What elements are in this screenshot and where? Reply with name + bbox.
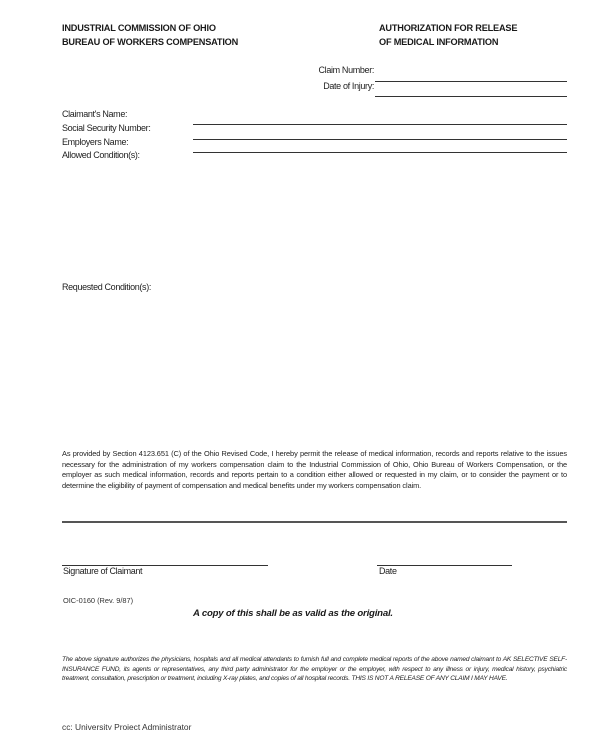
- employer-name-field[interactable]: [193, 152, 567, 153]
- requested-conditions-area[interactable]: [62, 297, 567, 437]
- date-of-injury-label: Date of Injury:: [323, 81, 374, 91]
- footer-authorization-text: The above signature authorizes the physi…: [62, 655, 567, 684]
- agency-title: INDUSTRIAL COMMISSION OF OHIO BUREAU OF …: [62, 21, 238, 49]
- agency-title-line2: BUREAU OF WORKERS COMPENSATION: [62, 35, 238, 49]
- employer-name-label: Employers Name:: [62, 137, 128, 147]
- allowed-conditions-label: Allowed Condition(s):: [62, 150, 140, 160]
- signature-label: Signature of Claimant: [63, 566, 142, 576]
- allowed-conditions-area[interactable]: [62, 165, 567, 275]
- claim-number-label: Claim Number:: [319, 65, 374, 75]
- date-label: Date: [379, 566, 397, 576]
- ssn-field[interactable]: [193, 139, 567, 140]
- requested-conditions-label: Requested Condition(s):: [62, 282, 151, 292]
- claim-number-field[interactable]: [375, 81, 567, 82]
- form-title-line1: AUTHORIZATION FOR RELEASE: [379, 21, 517, 35]
- cc-line: cc: University Project Administrator: [62, 722, 191, 730]
- ssn-label: Social Security Number:: [62, 123, 151, 133]
- claimant-name-label: Claimant's Name:: [62, 109, 127, 119]
- authorization-text: As provided by Section 4123.651 (C) of t…: [62, 449, 567, 491]
- claimant-name-field[interactable]: [193, 124, 567, 125]
- authorization-divider: [62, 521, 567, 523]
- form-title-line2: OF MEDICAL INFORMATION: [379, 35, 517, 49]
- date-of-injury-field[interactable]: [375, 96, 567, 97]
- form-number: OIC-0160 (Rev. 9/87): [63, 596, 133, 605]
- form-title: AUTHORIZATION FOR RELEASE OF MEDICAL INF…: [379, 21, 517, 49]
- copy-notice: A copy of this shall be as valid as the …: [193, 608, 393, 619]
- date-field[interactable]: [377, 565, 512, 566]
- agency-title-line1: INDUSTRIAL COMMISSION OF OHIO: [62, 21, 238, 35]
